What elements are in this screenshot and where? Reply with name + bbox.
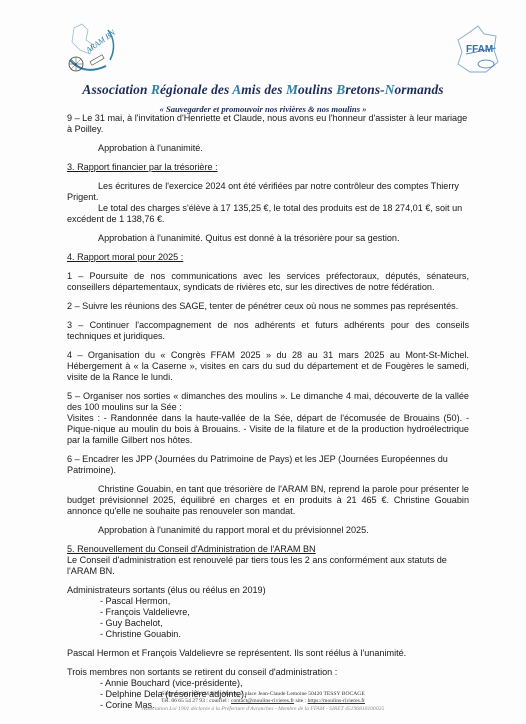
site-label: site : [294,698,308,704]
section-5-heading: 5. Renouvellement du Conseil d'Administr… [67,544,469,555]
approval-moral-report: Approbation à l'unanimité du rapport mor… [67,525,469,536]
title-initial: M [286,82,298,97]
section-4-visits: Visites : - Randonnée dans la haute-vall… [67,413,469,446]
budget-paragraph: Christine Gouabin, en tant que trésorièr… [67,484,469,517]
section-4-heading: 4. Rapport moral pour 2025 : [67,252,469,263]
list-item: - Pascal Hermon, [100,596,469,607]
retiring-members-intro: Trois membres non sortants se retirent d… [67,667,469,678]
footer-legal: Association Loi 1901 déclarée à la Préfe… [0,706,526,713]
email-link[interactable]: contact@moulins-rivieres.fr [231,698,294,704]
item-9: 9 – Le 31 mai, à l'invitation d'Henriett… [67,113,469,135]
list-item: - François Valdelievre, [100,607,469,618]
list-item: - Christine Gouabin. [100,629,469,640]
section-4-item-4: 4 – Organisation du « Congrès FFAM 2025 … [67,350,469,383]
section-3-totals: Le total des charges s'élève à 17 135,25… [67,203,469,225]
document-body: 9 – Le 31 mai, à l'invitation d'Henriett… [67,113,469,711]
aram-bn-logo-icon: ARAM BN [62,20,122,80]
section-4-item-2: 2 – Suivre les réunions des SAGE, tenter… [67,301,469,312]
association-title: Association Régionale des Amis des Mouli… [0,82,526,98]
title-text: Association [82,82,151,97]
section-4-item-1: 1 – Poursuite de nos communications avec… [67,271,469,293]
section-3-audit: Les écritures de l'exercice 2024 ont été… [67,181,469,203]
reelection-statement: Pascal Hermon et François Valdelievre se… [67,648,469,659]
document-page: ARAM BN FFAM Association Régionale des A… [0,0,526,724]
footer-contact: Tél. 06 65 54 27 93 : courriel : contact… [0,698,526,705]
page-footer: Siège social : ARAM BN - Mairie, 7 place… [0,691,526,713]
section-3-heading: 3. Rapport financier par la trésorière : [67,162,469,173]
title-text: oulins [298,82,336,97]
title-text: égionale des [160,82,232,97]
title-text: retons- [345,82,384,97]
outgoing-admins-list: - Pascal Hermon, - François Valdelievre,… [67,596,469,640]
section-4-item-3: 3 – Continuer l'accompagnement de nos ad… [67,320,469,342]
section-4-item-6: 6 – Encadrer les JPP (Journées du Patrim… [67,454,469,476]
approval-item-9: Approbation à l'unanimité. [67,143,469,154]
title-initial: R [151,82,160,97]
section-3-approval: Approbation à l'unanimité. Quitus est do… [67,233,469,244]
outgoing-admins-intro: Administrateurs sortants (élus ou réélus… [67,585,469,596]
title-initial: B [336,82,345,97]
title-text: mis des [241,82,286,97]
section-4-item-5: 5 – Organiser nos sorties « dimanches de… [67,391,469,413]
list-item: - Guy Bachelot, [100,618,469,629]
section-5-intro: Le Conseil d'administration est renouvel… [67,555,469,577]
title-initial: A [232,82,241,97]
ffam-logo-icon: FFAM [448,22,504,78]
footer-tel: Tél. 06 65 54 27 93 : courriel : [161,698,231,704]
website-link[interactable]: https://moulins-rivieres.fr [308,698,365,704]
title-text: ormands [395,82,444,97]
title-initial: N [385,82,395,97]
list-item: - Annie Bouchard (vice-présidente), [100,678,469,689]
